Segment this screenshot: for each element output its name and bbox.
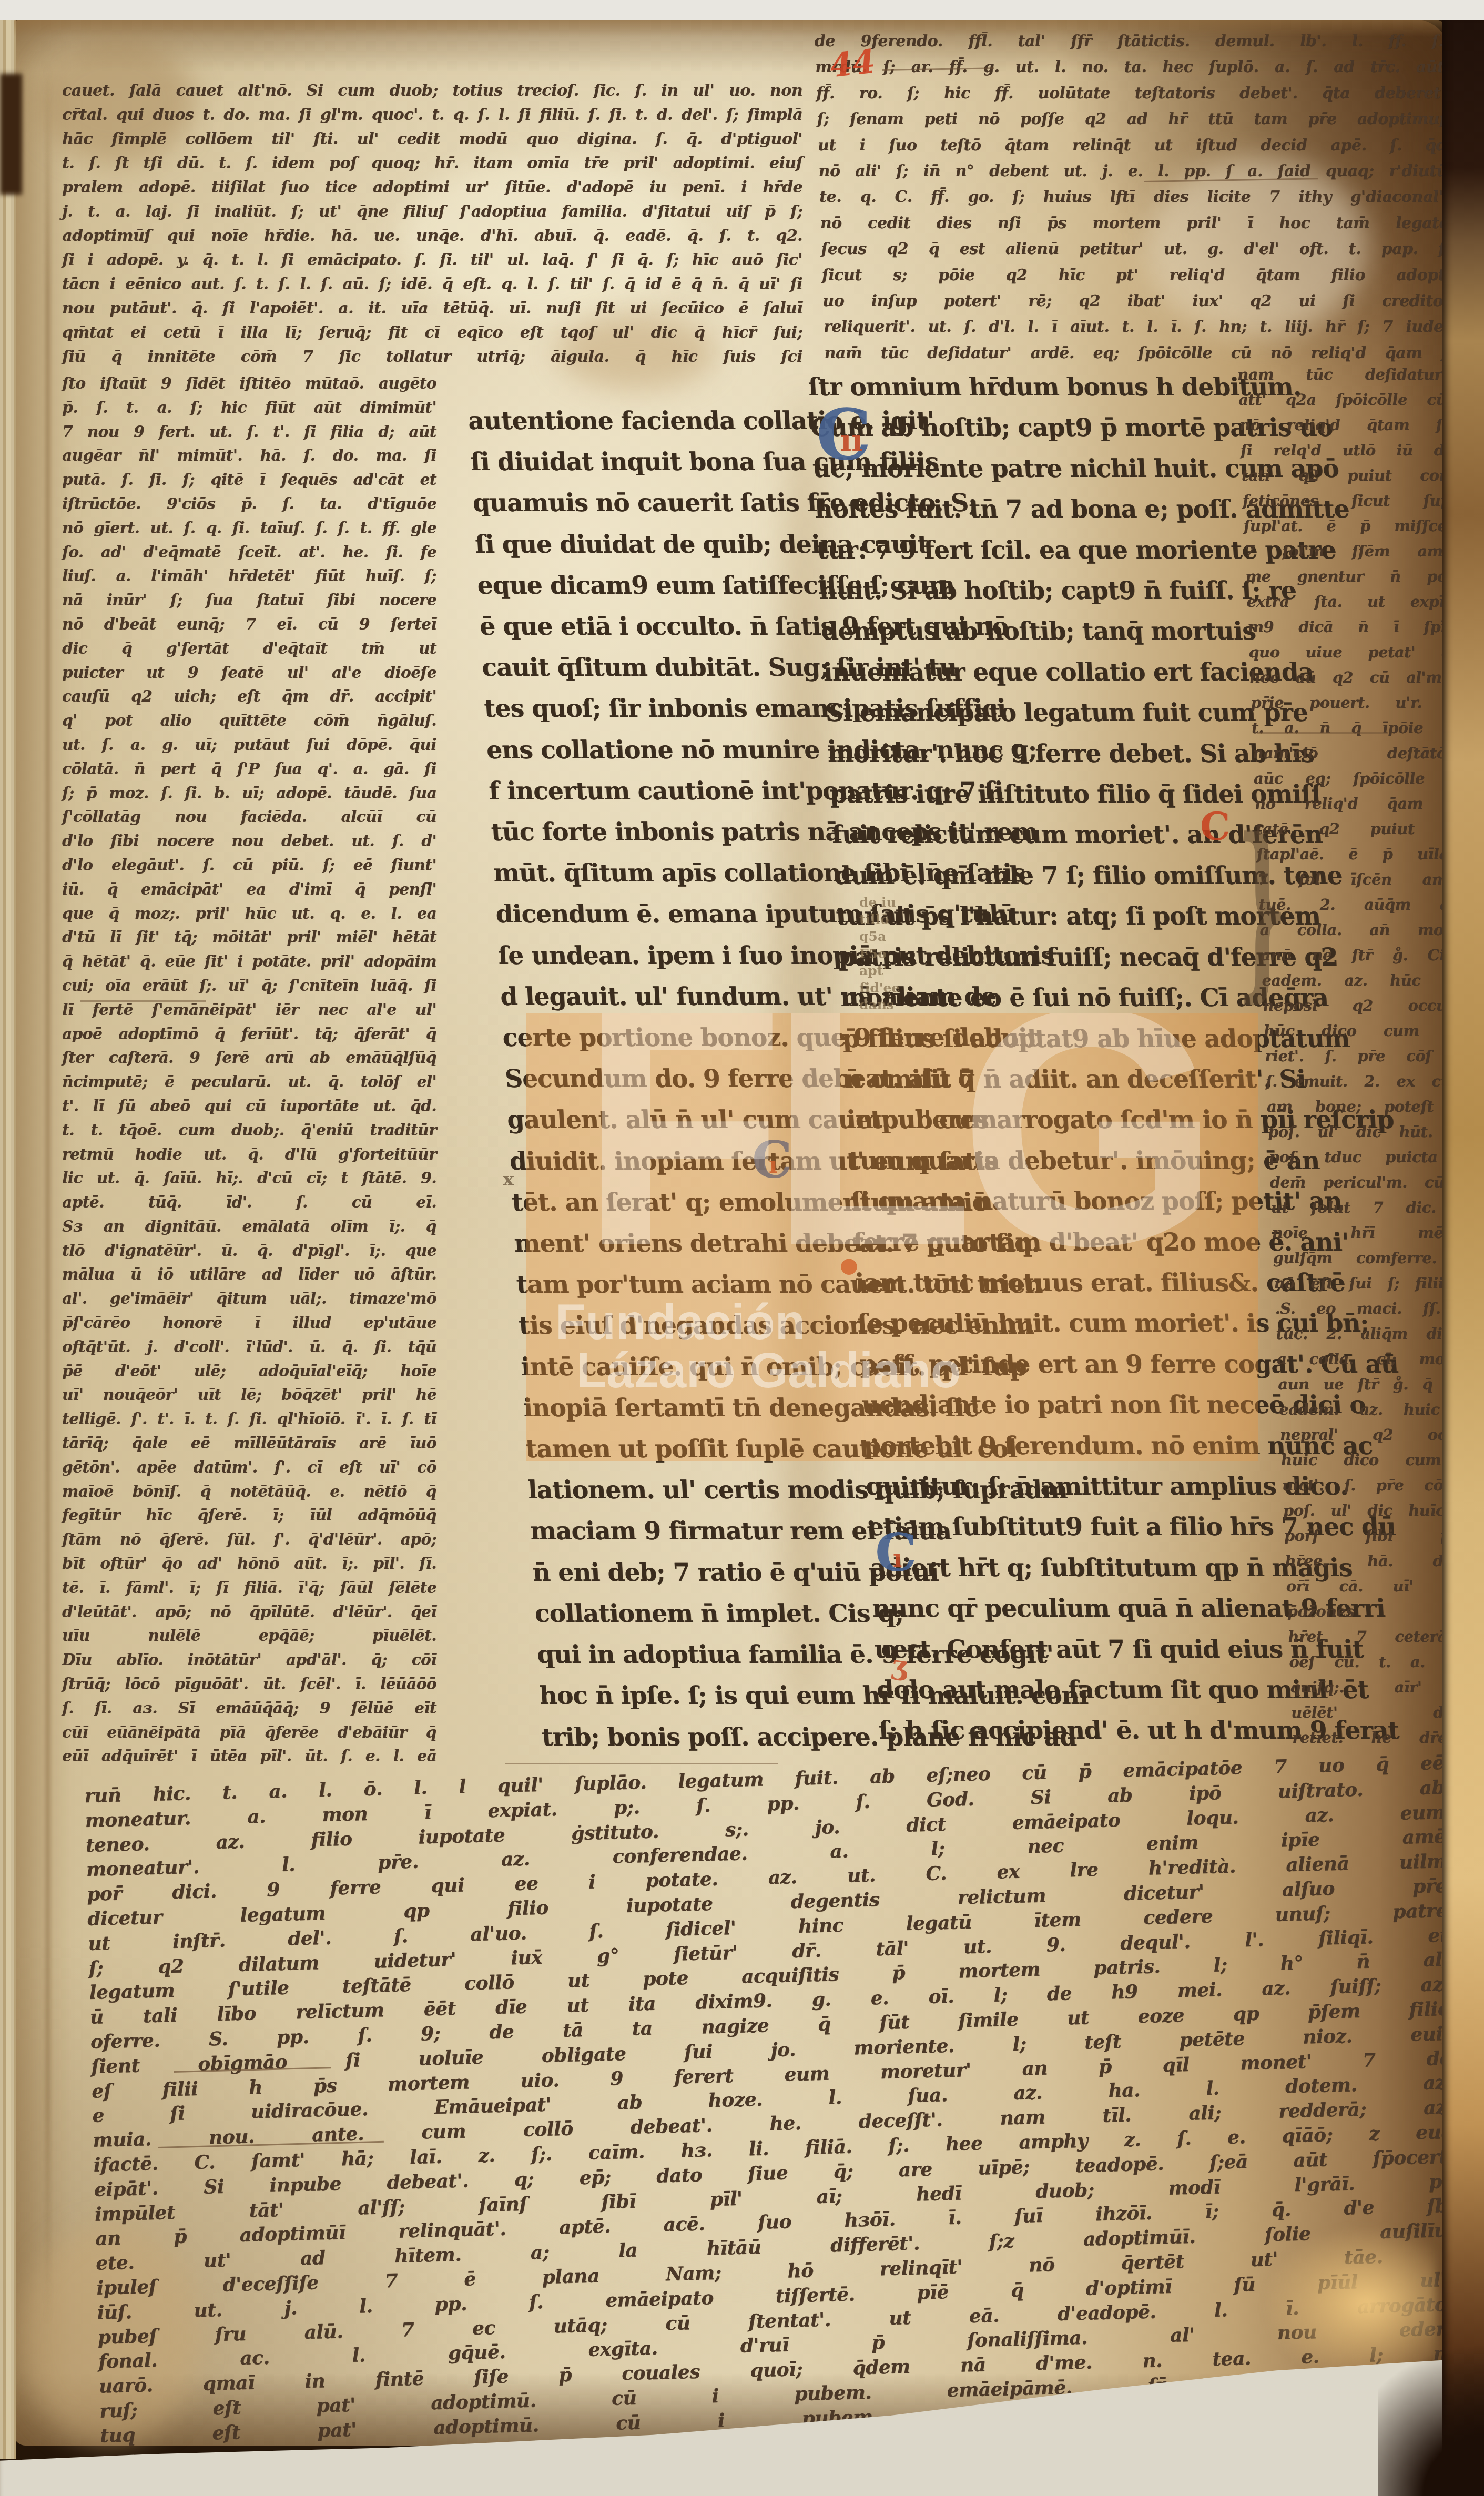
gutter-brace: } [1237, 814, 1287, 1003]
ink-underline [158, 2141, 384, 2148]
scan-background-top [0, 0, 1484, 20]
manuscript-photo: 44 cauet. ſalā cauet alt'nō. Si cum duob… [0, 0, 1484, 2496]
watermark-text-line2: Lázaro Galdiano [576, 1342, 961, 1399]
margin-note-gutter: de iu tillō q5a F5o apt' ſid'ee dans [859, 894, 900, 1014]
ink-underline [174, 2067, 331, 2073]
initial-C-cum-filigree: ıı [840, 426, 863, 455]
ink-underline [1257, 732, 1388, 734]
watermark-monogram: FLG [526, 1013, 1258, 1321]
red-squiggle: ʒ [890, 1651, 909, 1681]
initial-C-confert-filigree: ı [893, 1546, 902, 1570]
ink-underline [882, 67, 994, 71]
margin-cross: x [503, 1170, 514, 1189]
ink-underline [505, 1763, 778, 1764]
book-fore-edge [1442, 19, 1484, 2496]
ink-underline [1144, 178, 1318, 182]
ink-underline [80, 1000, 206, 1002]
binding-shadow-bottom-right [1378, 2325, 1484, 2496]
library-watermark: FLG Fundación Lázaro Galdiano [526, 1013, 1258, 1461]
red-paraph-si: C [1200, 808, 1230, 846]
